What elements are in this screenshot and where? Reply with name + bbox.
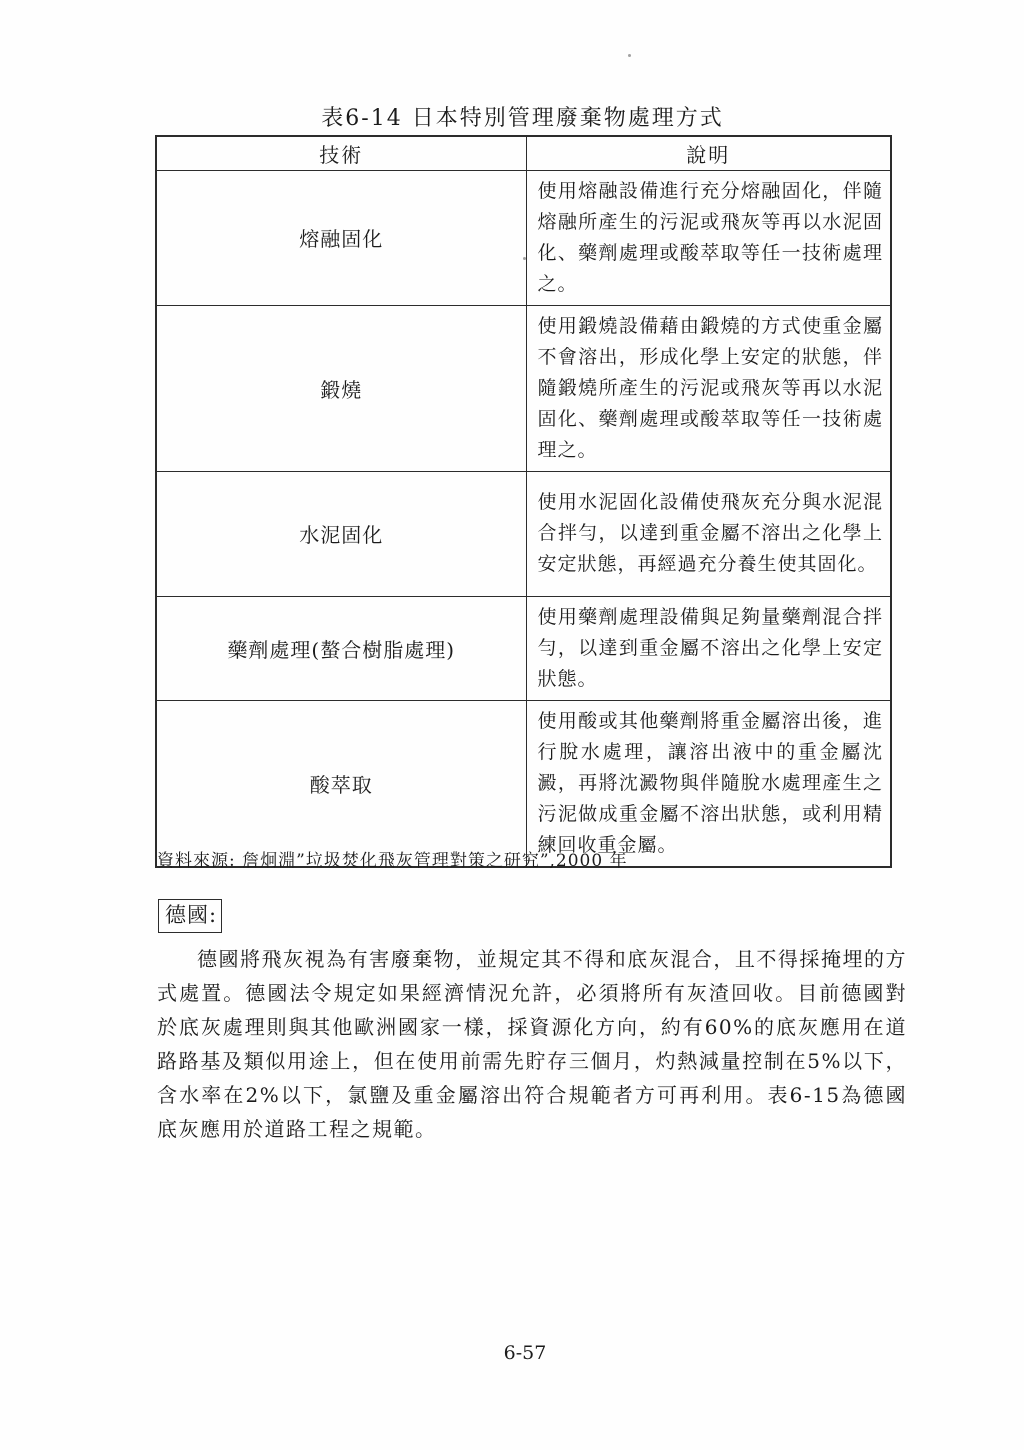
technology-cell: 酸萃取 bbox=[156, 700, 526, 867]
germany-paragraph: 德國將飛灰視為有害廢棄物，並規定其不得和底灰混合，且不得採掩埋的方式處置。德國法… bbox=[157, 942, 907, 1146]
technology-cell: 熔融固化 bbox=[156, 170, 526, 305]
technology-cell: 水泥固化 bbox=[156, 471, 526, 596]
description-cell: 使用熔融設備進行充分熔融固化，伴隨熔融所產生的污泥或飛灰等再以水泥固化、藥劑處理… bbox=[526, 170, 891, 305]
table-header-row: 技術 說明 bbox=[156, 136, 891, 170]
table-row: 水泥固化 使用水泥固化設備使飛灰充分與水泥混合拌勻，以達到重金屬不溶出之化學上安… bbox=[156, 471, 891, 596]
table-caption: 表6-14 日本特別管理廢棄物處理方式 bbox=[155, 101, 890, 132]
column-header-description: 說明 bbox=[526, 136, 891, 170]
description-cell: 使用藥劑處理設備與足夠量藥劑混合拌勻，以達到重金屬不溶出之化學上安定狀態。 bbox=[526, 596, 891, 700]
technology-cell: 藥劑處理(螯合樹脂處理) bbox=[156, 596, 526, 700]
treatment-methods-table: 技術 說明 熔融固化 使用熔融設備進行充分熔融固化，伴隨熔融所產生的污泥或飛灰等… bbox=[155, 135, 892, 868]
document-page: 表6-14 日本特別管理廢棄物處理方式 技術 說明 熔融固化 使用熔融設備進行充… bbox=[0, 0, 1024, 1450]
scan-speck bbox=[628, 54, 631, 57]
column-header-technology: 技術 bbox=[156, 136, 526, 170]
technology-cell: 鍛燒 bbox=[156, 305, 526, 471]
page-number: 6-57 bbox=[0, 1342, 1024, 1364]
source-note: 資料來源: 詹炯淵”垃圾焚化飛灰管理對策之研究”,2000 年 bbox=[157, 846, 628, 871]
table-row: 酸萃取 使用酸或其他藥劑將重金屬溶出後，進行脫水處理，讓溶出液中的重金屬沈澱，再… bbox=[156, 700, 891, 867]
table-row: 熔融固化 使用熔融設備進行充分熔融固化，伴隨熔融所產生的污泥或飛灰等再以水泥固化… bbox=[156, 170, 891, 305]
description-cell: 使用酸或其他藥劑將重金屬溶出後，進行脫水處理，讓溶出液中的重金屬沈澱，再將沈澱物… bbox=[526, 700, 891, 867]
description-cell: 使用鍛燒設備藉由鍛燒的方式使重金屬不會溶出，形成化學上安定的狀態，伴隨鍛燒所產生… bbox=[526, 305, 891, 471]
description-cell: 使用水泥固化設備使飛灰充分與水泥混合拌勻，以達到重金屬不溶出之化學上安定狀態，再… bbox=[526, 471, 891, 596]
table-row: 藥劑處理(螯合樹脂處理) 使用藥劑處理設備與足夠量藥劑混合拌勻，以達到重金屬不溶… bbox=[156, 596, 891, 700]
table-row: 鍛燒 使用鍛燒設備藉由鍛燒的方式使重金屬不會溶出，形成化學上安定的狀態，伴隨鍛燒… bbox=[156, 305, 891, 471]
germany-section-label: 德國: bbox=[158, 899, 222, 933]
